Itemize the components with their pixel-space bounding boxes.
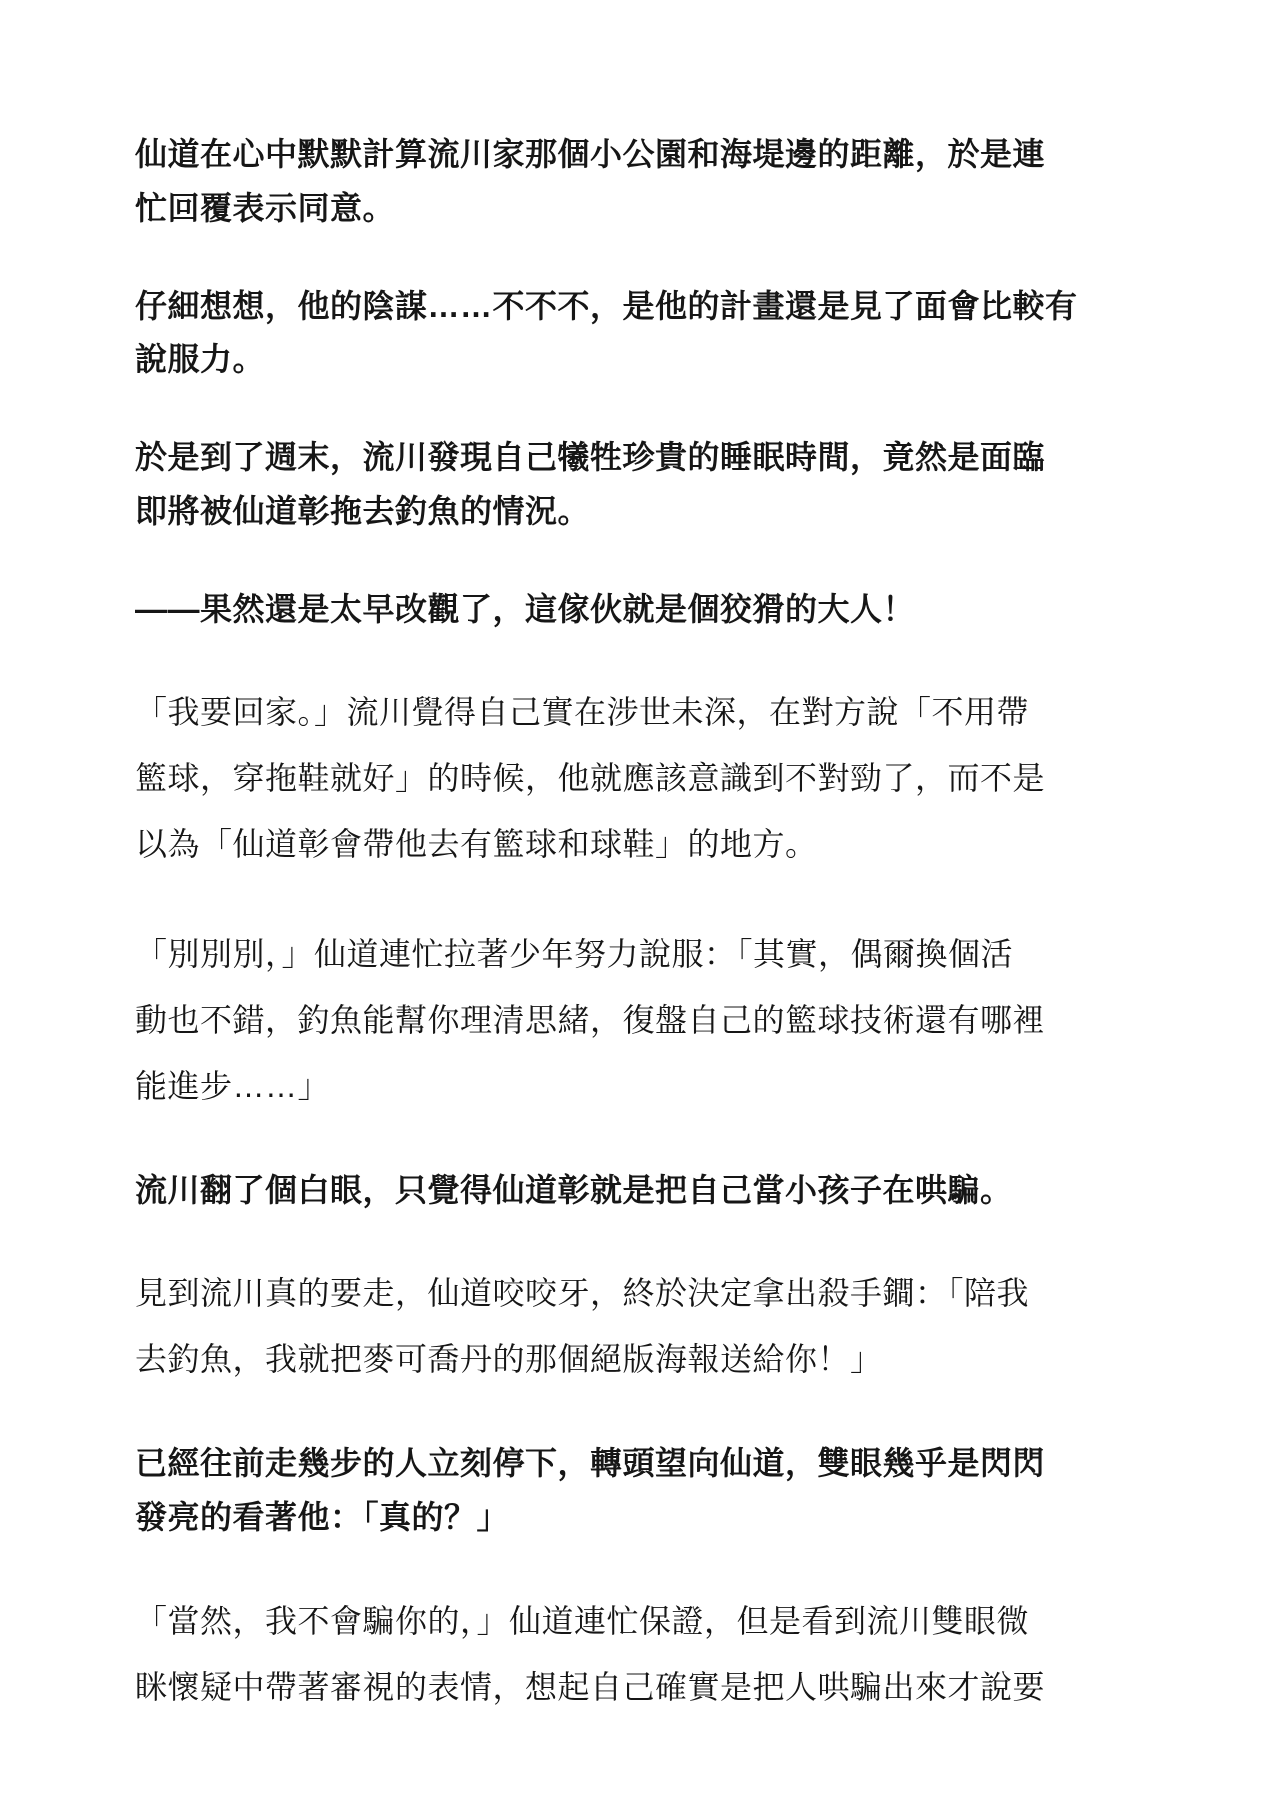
text-line: 眯懷疑中帶著審視的表情，想起自己確實是把人哄騙出來才說要: [135, 1655, 1010, 1721]
text-line: 見到流川真的要走，仙道咬咬牙，終於決定拿出殺手鐧：「陪我: [135, 1261, 1010, 1327]
text-line: 已經往前走幾步的人立刻停下，轉頭望向仙道，雙眼幾乎是閃閃: [135, 1437, 1010, 1491]
text-line: 忙回覆表示同意。: [135, 182, 1010, 236]
paragraph-7: 流川翻了個白眼，只覺得仙道彰就是把自己當小孩子在哄騙。: [135, 1164, 1010, 1218]
paragraph-2: 仔細想想，他的陰謀……不不不，是他的計畫還是見了面會比較有 說服力。: [135, 280, 1010, 388]
paragraph-5: 「我要回家。」流川覺得自己實在涉世未深，在對方說「不用帶 籃球，穿拖鞋就好」的時…: [135, 680, 1010, 878]
text-line: 仔細想想，他的陰謀……不不不，是他的計畫還是見了面會比較有: [135, 280, 1010, 334]
text-line: 籃球，穿拖鞋就好」的時候，他就應該意識到不對勁了，而不是: [135, 746, 1010, 812]
paragraph-9: 已經往前走幾步的人立刻停下，轉頭望向仙道，雙眼幾乎是閃閃 發亮的看著他：「真的？…: [135, 1437, 1010, 1545]
text-line: 以為「仙道彰會帶他去有籃球和球鞋」的地方。: [135, 812, 1010, 878]
paragraph-6: 「別別別，」仙道連忙拉著少年努力說服：「其實，偶爾換個活 動也不錯，釣魚能幫你理…: [135, 922, 1010, 1120]
text-line: 發亮的看著他：「真的？」: [135, 1491, 1010, 1545]
text-line: 於是到了週末，流川發現自己犧牲珍貴的睡眠時間，竟然是面臨: [135, 431, 1010, 485]
paragraph-3: 於是到了週末，流川發現自己犧牲珍貴的睡眠時間，竟然是面臨 即將被仙道彰拖去釣魚的…: [135, 431, 1010, 539]
text-line: 說服力。: [135, 333, 1010, 387]
paragraph-8: 見到流川真的要走，仙道咬咬牙，終於決定拿出殺手鐧：「陪我 去釣魚，我就把麥可喬丹…: [135, 1261, 1010, 1393]
paragraph-10: 「當然，我不會騙你的，」仙道連忙保證，但是看到流川雙眼微 眯懷疑中帶著審視的表情…: [135, 1589, 1010, 1721]
article-body: 仙道在心中默默計算流川家那個小公園和海堤邊的距離，於是連 忙回覆表示同意。 仔細…: [135, 128, 1010, 1765]
document-page: 仙道在心中默默計算流川家那個小公園和海堤邊的距離，於是連 忙回覆表示同意。 仔細…: [0, 0, 1280, 1810]
text-line: 能進步……」: [135, 1054, 1010, 1120]
text-line: 「別別別，」仙道連忙拉著少年努力說服：「其實，偶爾換個活: [135, 922, 1010, 988]
text-line: 「我要回家。」流川覺得自己實在涉世未深，在對方說「不用帶: [135, 680, 1010, 746]
text-line: 動也不錯，釣魚能幫你理清思緒，復盤自己的籃球技術還有哪裡: [135, 988, 1010, 1054]
paragraph-1: 仙道在心中默默計算流川家那個小公園和海堤邊的距離，於是連 忙回覆表示同意。: [135, 128, 1010, 236]
paragraph-4: ——果然還是太早改觀了，這傢伙就是個狡猾的大人！: [135, 583, 1010, 637]
text-line: 即將被仙道彰拖去釣魚的情況。: [135, 485, 1010, 539]
text-line: 「當然，我不會騙你的，」仙道連忙保證，但是看到流川雙眼微: [135, 1589, 1010, 1655]
text-line: ——果然還是太早改觀了，這傢伙就是個狡猾的大人！: [135, 583, 1010, 637]
text-line: 流川翻了個白眼，只覺得仙道彰就是把自己當小孩子在哄騙。: [135, 1164, 1010, 1218]
text-line: 去釣魚，我就把麥可喬丹的那個絕版海報送給你！」: [135, 1327, 1010, 1393]
text-line: 仙道在心中默默計算流川家那個小公園和海堤邊的距離，於是連: [135, 128, 1010, 182]
